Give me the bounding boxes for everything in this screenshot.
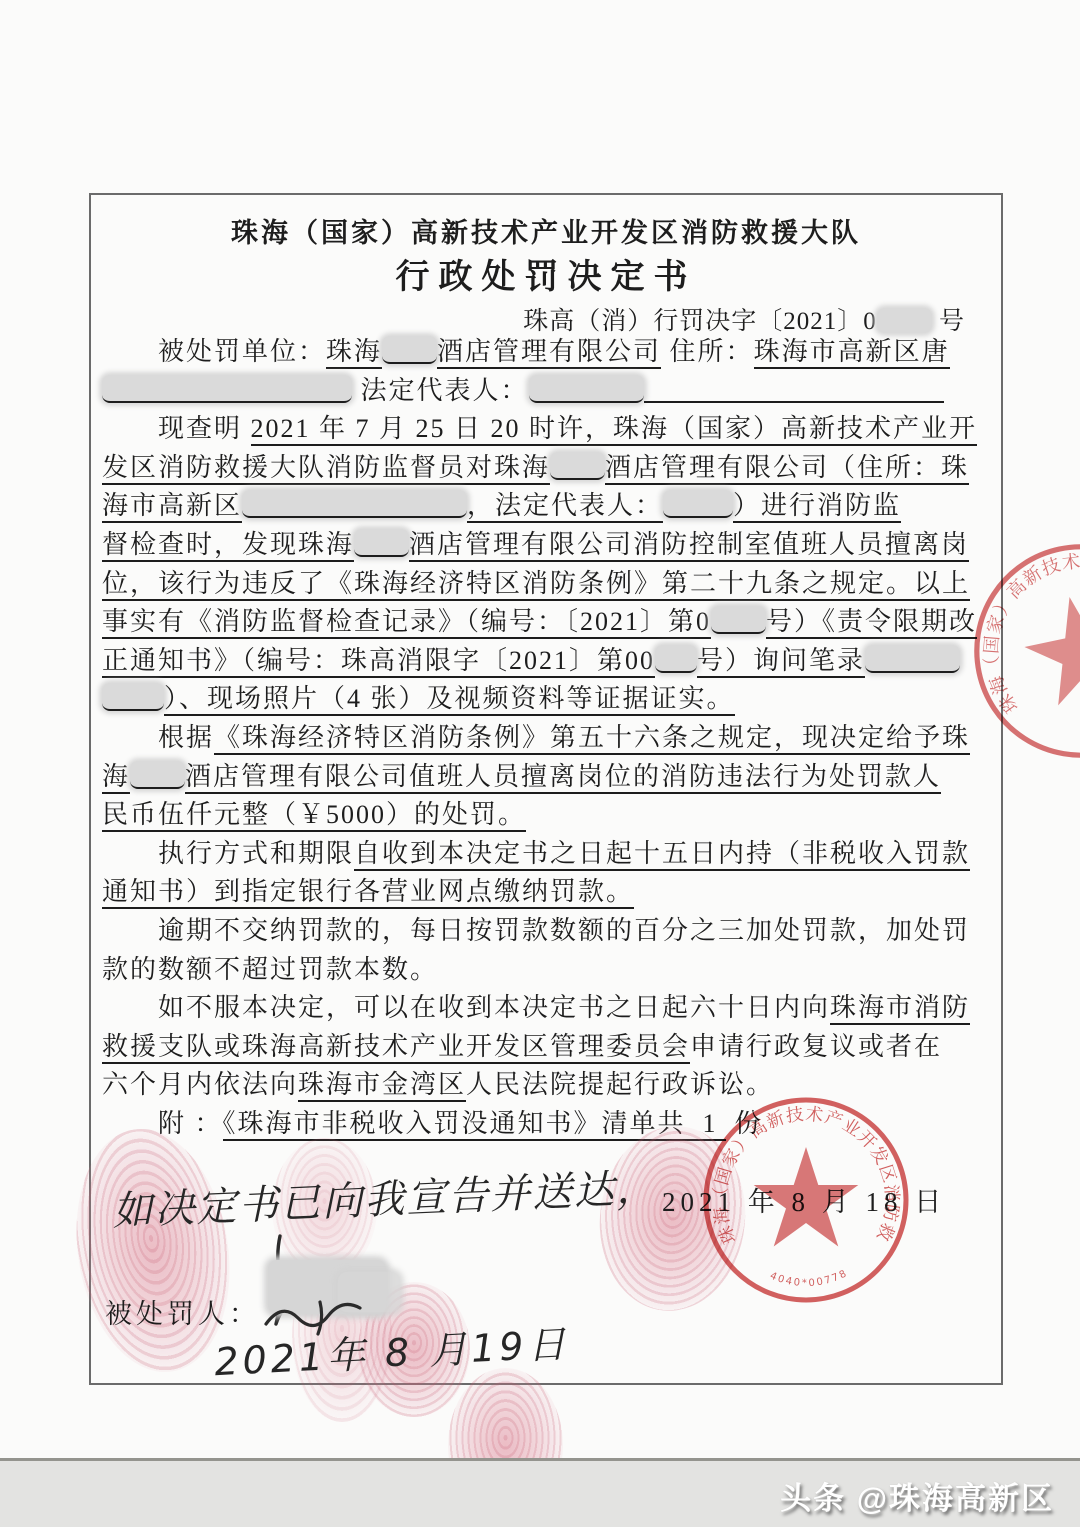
text-segment: 珠海市金湾区 xyxy=(298,1070,466,1102)
text-segment: 督检查时，发现珠海 xyxy=(102,530,354,562)
text-segment: 酒店管理有限公司值班人员擅离岗位的消防违法行为处罚款人 xyxy=(185,762,941,794)
text-segment: 珠海 xyxy=(326,337,382,369)
redaction-blur xyxy=(663,490,733,518)
redaction-blur xyxy=(529,375,644,403)
document-text-line: 款的数额不超过罚款本数。 xyxy=(102,951,992,990)
doc-number-prefix: 珠高（消）行罚决字〔2021〕0 xyxy=(523,308,877,335)
text-segment: 住所： xyxy=(661,337,754,366)
body-lines: 被处罚单位：珠海酒店管理有限公司 住所：珠海市高新区唐 法定代表人：现查明 20… xyxy=(102,333,992,1143)
doc-number-suffix: 号 xyxy=(939,308,965,335)
document-text-line: 海酒店管理有限公司值班人员擅离岗位的消防违法行为处罚款人 xyxy=(102,758,992,797)
redaction-blur xyxy=(711,606,766,634)
text-segment: ，法定代表人： xyxy=(467,491,663,523)
redaction-blur xyxy=(655,645,697,673)
text-segment: 自收到本决定书之日起十五日内持（非税收入罚款 xyxy=(354,839,970,871)
redaction-blur xyxy=(102,375,352,403)
text-segment: 酒店管理有限公司（住所：珠 xyxy=(605,453,969,485)
underline-blank xyxy=(644,375,944,403)
document-text-line: 民币伍仟元整（￥5000）的处罚。 xyxy=(102,796,992,835)
document-text-line: 正通知书》（编号：珠高消限字〔2021〕第00号）询问笔录 xyxy=(102,642,992,681)
text-segment: 珠海市高新区唐 xyxy=(754,337,950,369)
redaction-blur xyxy=(877,308,932,333)
redaction-blur xyxy=(550,452,605,480)
text-segment: 执行方式和期限 xyxy=(158,839,354,868)
document-text-line: 法定代表人： xyxy=(102,372,992,411)
document-text-line: 被处罚单位：珠海酒店管理有限公司 住所：珠海市高新区唐 xyxy=(102,333,992,372)
text-segment: 2021 年 7 月 25 日 20 时许，珠海（国家）高新技术产业开 xyxy=(251,414,978,446)
text-segment: 事实有《消防监督检查记录》（编号：〔2021〕第0 xyxy=(102,607,711,639)
document-text-line: 事实有《消防监督检查记录》（编号：〔2021〕第0号）《责令限期改 xyxy=(102,603,992,642)
text-segment: 号）询问笔录 xyxy=(697,646,865,678)
org-header: 珠海（国家）高新技术产业开发区消防救援大队 xyxy=(91,211,1001,250)
document-text-line: 根据《珠海经济特区消防条例》第五十六条之规定，现决定给予珠 xyxy=(102,719,992,758)
text-segment: 《珠海经济特区消防条例》第五十六条之规定，现决定给予珠 xyxy=(214,723,970,755)
text-segment: 根据 xyxy=(158,723,214,752)
seal-code: 4040*0077818 xyxy=(686,1080,850,1289)
text-segment: 珠海市消防 xyxy=(830,993,970,1025)
document-text-line: 海市高新区，法定代表人：）进行消防监 xyxy=(102,487,992,526)
penalty-document-page: 珠海（国家）高新技术产业开发区消防救援大队 行政处罚决定书 珠高（消）行罚决字〔… xyxy=(0,0,1080,1527)
punished-person-label: 被处罚人： xyxy=(105,1292,260,1331)
text-segment: 民币伍仟元整（￥5000）的处罚。 xyxy=(102,800,526,832)
text-segment: 海市高新区 xyxy=(102,491,242,523)
doc-number: 珠高（消）行罚决字〔2021〕0 号 xyxy=(523,301,965,337)
text-segment: 法定代表人： xyxy=(352,376,529,405)
redaction-blur xyxy=(102,683,164,711)
redaction-blur xyxy=(354,529,409,557)
document-text-line: 通知书）到指定银行各营业网点缴纳罚款。 xyxy=(102,873,992,912)
text-segment: 酒店管理有限公司 xyxy=(437,337,661,369)
text-segment: 现查明 xyxy=(158,414,251,443)
document-text-line: 如不服本决定，可以在收到本决定书之日起六十日内向珠海市消防 xyxy=(102,989,992,1028)
text-segment: 正通知书》（编号：珠高消限字〔2021〕第00 xyxy=(102,646,655,678)
text-segment: 《珠海市非税收入罚没通知书》清单共 xyxy=(223,1109,686,1141)
text-segment: 海 xyxy=(102,762,130,794)
svg-text:4040*0077818: 4040*0077818 xyxy=(686,1080,850,1289)
redaction-blur xyxy=(865,645,960,673)
scan-edge-strip: 头条 @珠海高新区 xyxy=(0,1458,1080,1527)
redaction-blur xyxy=(130,761,185,789)
text-segment: 酒店管理有限公司消防控制室值班人员擅离岗 xyxy=(409,530,969,562)
document-text-line: 督检查时，发现珠海酒店管理有限公司消防控制室值班人员擅离岗 xyxy=(102,526,992,565)
document-text-line: 现查明 2021 年 7 月 25 日 20 时许，珠海（国家）高新技术产业开 xyxy=(102,410,992,449)
text-segment: 通知书）到指定银行各营业网点缴纳罚款。 xyxy=(102,877,634,909)
seal-star-icon xyxy=(1016,586,1080,710)
text-segment: 款的数额不超过罚款本数。 xyxy=(102,955,438,984)
text-segment: ）、现场照片（4 张）及视频资料等证据证实。 xyxy=(164,684,735,716)
text-segment: 六个月内依法向 xyxy=(102,1070,298,1099)
document-text-line: 执行方式和期限自收到本决定书之日起十五日内持（非税收入罚款 xyxy=(102,835,992,874)
doc-title: 行政处罚决定书 xyxy=(91,249,1001,298)
official-seal: 珠海（国家）高新技术产业开发区消防救援大队 4040*0077818 xyxy=(686,1080,926,1320)
text-segment: 救援支队或珠海高新技术产业开发区管理委员会 xyxy=(102,1032,690,1064)
seal-star-icon xyxy=(754,1147,859,1247)
text-segment: 位，该行为违反了《珠海经济特区消防条例》第二十九条之规定。以上 xyxy=(102,569,970,601)
document-text-line: 救援支队或珠海高新技术产业开发区管理委员会申请行政复议或者在 xyxy=(102,1028,992,1067)
text-segment: 被处罚单位： xyxy=(158,337,326,366)
toutiao-watermark: 头条 @珠海高新区 xyxy=(780,1473,1054,1518)
text-segment: 如不服本决定，可以在收到本决定书之日起六十日内向 xyxy=(158,993,830,1022)
text-segment: 申请行政复议或者在 xyxy=(690,1032,942,1061)
redaction-blur xyxy=(242,490,467,518)
text-segment: 发区消防救援大队消防监督员对珠海 xyxy=(102,453,550,485)
document-text-line: 位，该行为违反了《珠海经济特区消防条例》第二十九条之规定。以上 xyxy=(102,565,992,604)
document-text-line: 逾期不交纳罚款的，每日按罚款数额的百分之三加处罚款，加处罚 xyxy=(102,912,992,951)
redaction-blur xyxy=(382,336,437,364)
text-segment: ）进行消防监 xyxy=(733,491,901,523)
document-text-line: 发区消防救援大队消防监督员对珠海酒店管理有限公司（住所：珠 xyxy=(102,449,992,488)
document-text-line: ）、现场照片（4 张）及视频资料等证据证实。 xyxy=(102,680,992,719)
text-segment: 逾期不交纳罚款的，每日按罚款数额的百分之三加处罚款，加处罚 xyxy=(158,916,970,945)
text-segment: 附 ： xyxy=(158,1109,223,1138)
